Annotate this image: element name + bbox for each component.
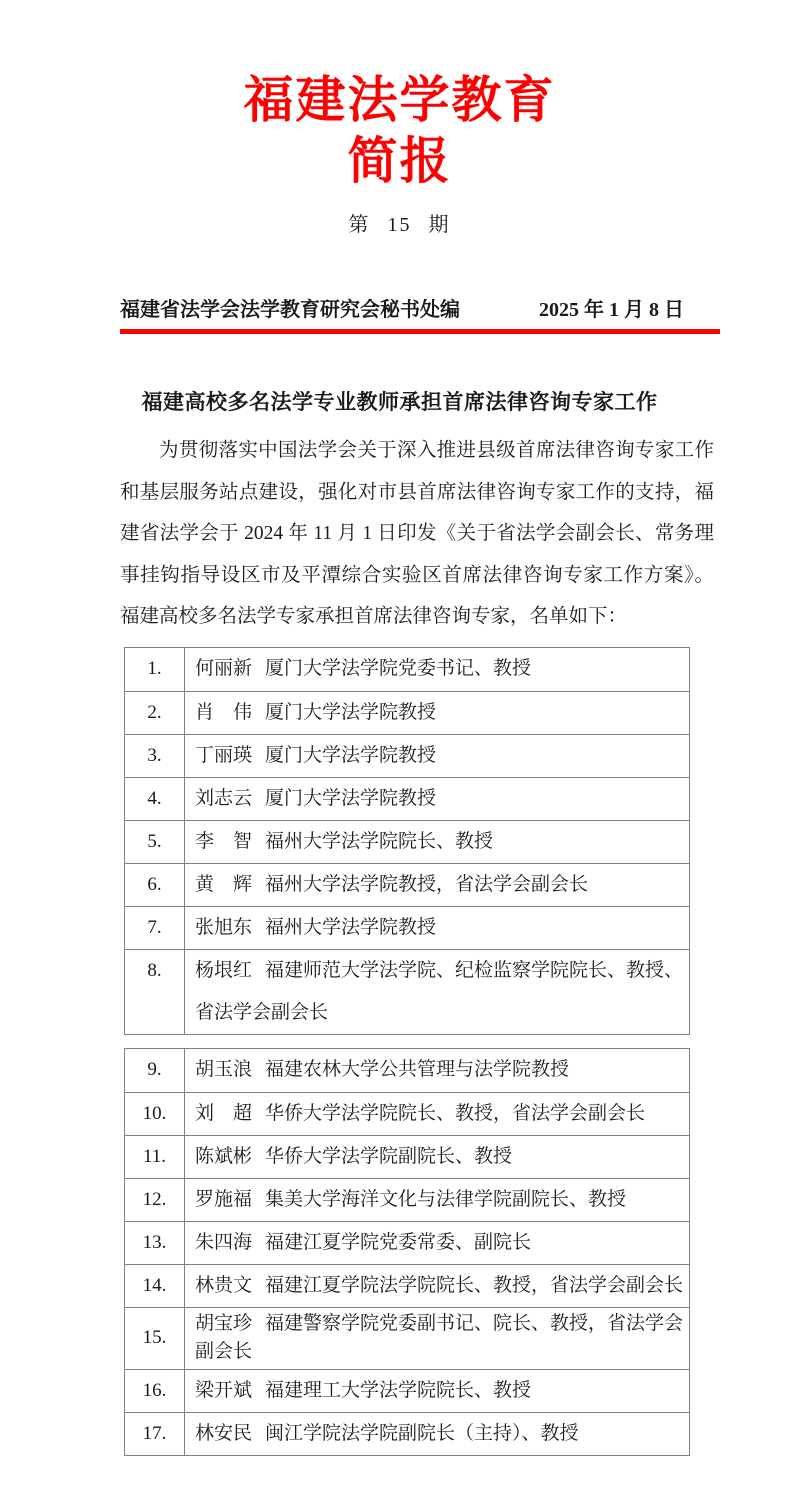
table-row: 14. 林贵文福建江夏学院法学院院长、教授，省法学会副会长 (125, 1264, 689, 1307)
row-number: 7. (125, 907, 185, 949)
expert-affiliation: 福州大学法学院教授 (265, 917, 436, 938)
expert-name: 林贵文 (195, 1275, 252, 1296)
row-number: 14. (125, 1265, 185, 1307)
row-content: 刘志云厦门大学法学院教授 (185, 778, 689, 820)
table-row: 10. 刘 超华侨大学法学院院长、教授，省法学会副会长 (125, 1092, 689, 1135)
bulletin-title-line2: 简报 (0, 131, 799, 192)
row-number: 13. (125, 1222, 185, 1264)
expert-name: 杨垠红 (195, 960, 252, 981)
expert-affiliation: 厦门大学法学院党委书记、教授 (265, 658, 531, 679)
row-number: 4. (125, 778, 185, 820)
bulletin-title-line1: 福建法学教育 (0, 70, 799, 131)
table-row: 17. 林安民闽江学院法学院副院长（主持）、教授 (125, 1412, 689, 1455)
expert-affiliation: 闽江学院法学院副院长（主持）、教授 (265, 1423, 579, 1444)
table-row: 8. 杨垠红福建师范大学法学院、纪检监察学院院长、教授、省法学会副会长 (125, 949, 689, 1034)
row-content: 胡玉浪福建农林大学公共管理与法学院教授 (185, 1049, 689, 1092)
publish-date: 2025 年 1 月 8 日 (539, 293, 684, 322)
row-content: 张旭东福州大学法学院教授 (185, 907, 689, 949)
expert-affiliation: 福建理工大学法学院院长、教授 (265, 1380, 531, 1401)
row-number: 10. (125, 1093, 185, 1135)
expert-affiliation: 厦门大学法学院教授 (265, 788, 436, 809)
red-divider-rule (120, 329, 720, 334)
row-number: 2. (125, 692, 185, 734)
expert-affiliation: 厦门大学法学院教授 (265, 745, 436, 766)
row-number: 11. (125, 1136, 185, 1178)
expert-name: 林安民 (195, 1423, 252, 1444)
expert-affiliation: 华侨大学法学院副院长、教授 (265, 1146, 512, 1167)
row-content: 何丽新厦门大学法学院党委书记、教授 (185, 648, 689, 691)
expert-affiliation: 集美大学海洋文化与法律学院副院长、教授 (265, 1189, 626, 1210)
expert-affiliation: 福建师范大学法学院、纪检监察学院院长、教授、省法学会副会长 (195, 960, 683, 1023)
row-content: 刘 超华侨大学法学院院长、教授，省法学会副会长 (185, 1093, 689, 1135)
row-number: 16. (125, 1370, 185, 1412)
editor-credit-row: 福建省法学会法学教育研究会秘书处编 2025 年 1 月 8 日 (120, 293, 684, 322)
row-number: 6. (125, 864, 185, 906)
article-body-paragraph: 为贯彻落实中国法学会关于深入推进县级首席法律咨询专家工作和基层服务站点建设，强化… (120, 430, 714, 638)
row-content: 胡宝珍福建警察学院党委副书记、院长、教授，省法学会副会长 (185, 1308, 689, 1369)
table-row: 1. 何丽新厦门大学法学院党委书记、教授 (125, 648, 689, 691)
table-row: 7. 张旭东福州大学法学院教授 (125, 906, 689, 949)
row-number: 17. (125, 1413, 185, 1455)
row-content: 林贵文福建江夏学院法学院院长、教授，省法学会副会长 (185, 1265, 689, 1307)
expert-affiliation: 福州大学法学院教授，省法学会副会长 (265, 874, 588, 895)
table-row: 9. 胡玉浪福建农林大学公共管理与法学院教授 (125, 1049, 689, 1092)
row-number: 3. (125, 735, 185, 777)
expert-affiliation: 福建江夏学院法学院院长、教授，省法学会副会长 (265, 1275, 683, 1296)
expert-affiliation: 福建农林大学公共管理与法学院教授 (265, 1059, 569, 1080)
expert-name: 黄 辉 (195, 874, 252, 895)
expert-name: 何丽新 (195, 658, 252, 679)
row-content: 黄 辉福州大学法学院教授，省法学会副会长 (185, 864, 689, 906)
table-row: 12. 罗施福集美大学海洋文化与法律学院副院长、教授 (125, 1178, 689, 1221)
row-number: 8. (125, 950, 185, 1034)
expert-affiliation: 福州大学法学院院长、教授 (265, 831, 493, 852)
expert-name: 李 智 (195, 831, 252, 852)
row-content: 林安民闽江学院法学院副院长（主持）、教授 (185, 1413, 689, 1455)
article-heading: 福建高校多名法学专业教师承担首席法律咨询专家工作 (0, 386, 799, 416)
masthead: 福建法学教育 简报 第 15 期 (0, 0, 799, 237)
table-row: 5. 李 智福州大学法学院院长、教授 (125, 820, 689, 863)
row-content: 李 智福州大学法学院院长、教授 (185, 821, 689, 863)
expert-table-part1: 1. 何丽新厦门大学法学院党委书记、教授 2. 肖 伟厦门大学法学院教授 3. … (124, 647, 690, 1035)
expert-name: 陈斌彬 (195, 1146, 252, 1167)
table-row: 6. 黄 辉福州大学法学院教授，省法学会副会长 (125, 863, 689, 906)
row-number: 1. (125, 648, 185, 691)
expert-name: 罗施福 (195, 1189, 252, 1210)
expert-name: 朱四海 (195, 1232, 252, 1253)
issue-number: 第 15 期 (0, 208, 799, 237)
expert-name: 丁丽瑛 (195, 745, 252, 766)
row-number: 5. (125, 821, 185, 863)
row-number: 12. (125, 1179, 185, 1221)
row-content: 朱四海福建江夏学院党委常委、副院长 (185, 1222, 689, 1264)
table-row: 4. 刘志云厦门大学法学院教授 (125, 777, 689, 820)
expert-affiliation: 华侨大学法学院院长、教授，省法学会副会长 (265, 1103, 645, 1124)
row-content: 陈斌彬华侨大学法学院副院长、教授 (185, 1136, 689, 1178)
expert-affiliation: 福建江夏学院党委常委、副院长 (265, 1232, 531, 1253)
row-content: 杨垠红福建师范大学法学院、纪检监察学院院长、教授、省法学会副会长 (185, 950, 689, 1034)
expert-table-part2: 9. 胡玉浪福建农林大学公共管理与法学院教授 10. 刘 超华侨大学法学院院长、… (124, 1048, 690, 1456)
expert-name: 张旭东 (195, 917, 252, 938)
expert-name: 刘志云 (195, 788, 252, 809)
table-row: 15. 胡宝珍福建警察学院党委副书记、院长、教授，省法学会副会长 (125, 1307, 689, 1369)
expert-name: 梁开斌 (195, 1380, 252, 1401)
row-content: 丁丽瑛厦门大学法学院教授 (185, 735, 689, 777)
table-row: 3. 丁丽瑛厦门大学法学院教授 (125, 734, 689, 777)
expert-name: 胡宝珍 (195, 1313, 252, 1334)
expert-affiliation: 福建警察学院党委副书记、院长、教授，省法学会副会长 (195, 1313, 683, 1362)
table-row: 16. 梁开斌福建理工大学法学院院长、教授 (125, 1369, 689, 1412)
table-row: 2. 肖 伟厦门大学法学院教授 (125, 691, 689, 734)
expert-name: 刘 超 (195, 1103, 252, 1124)
row-content: 罗施福集美大学海洋文化与法律学院副院长、教授 (185, 1179, 689, 1221)
bulletin-page: 福建法学教育 简报 第 15 期 福建省法学会法学教育研究会秘书处编 2025 … (0, 0, 799, 1486)
table-row: 11. 陈斌彬华侨大学法学院副院长、教授 (125, 1135, 689, 1178)
row-content: 梁开斌福建理工大学法学院院长、教授 (185, 1370, 689, 1412)
row-content: 肖 伟厦门大学法学院教授 (185, 692, 689, 734)
editor-credit: 福建省法学会法学教育研究会秘书处编 (120, 293, 460, 322)
row-number: 9. (125, 1049, 185, 1092)
expert-affiliation: 厦门大学法学院教授 (265, 702, 436, 723)
expert-name: 胡玉浪 (195, 1059, 252, 1080)
expert-name: 肖 伟 (195, 702, 252, 723)
row-number: 15. (125, 1308, 185, 1369)
table-row: 13. 朱四海福建江夏学院党委常委、副院长 (125, 1221, 689, 1264)
